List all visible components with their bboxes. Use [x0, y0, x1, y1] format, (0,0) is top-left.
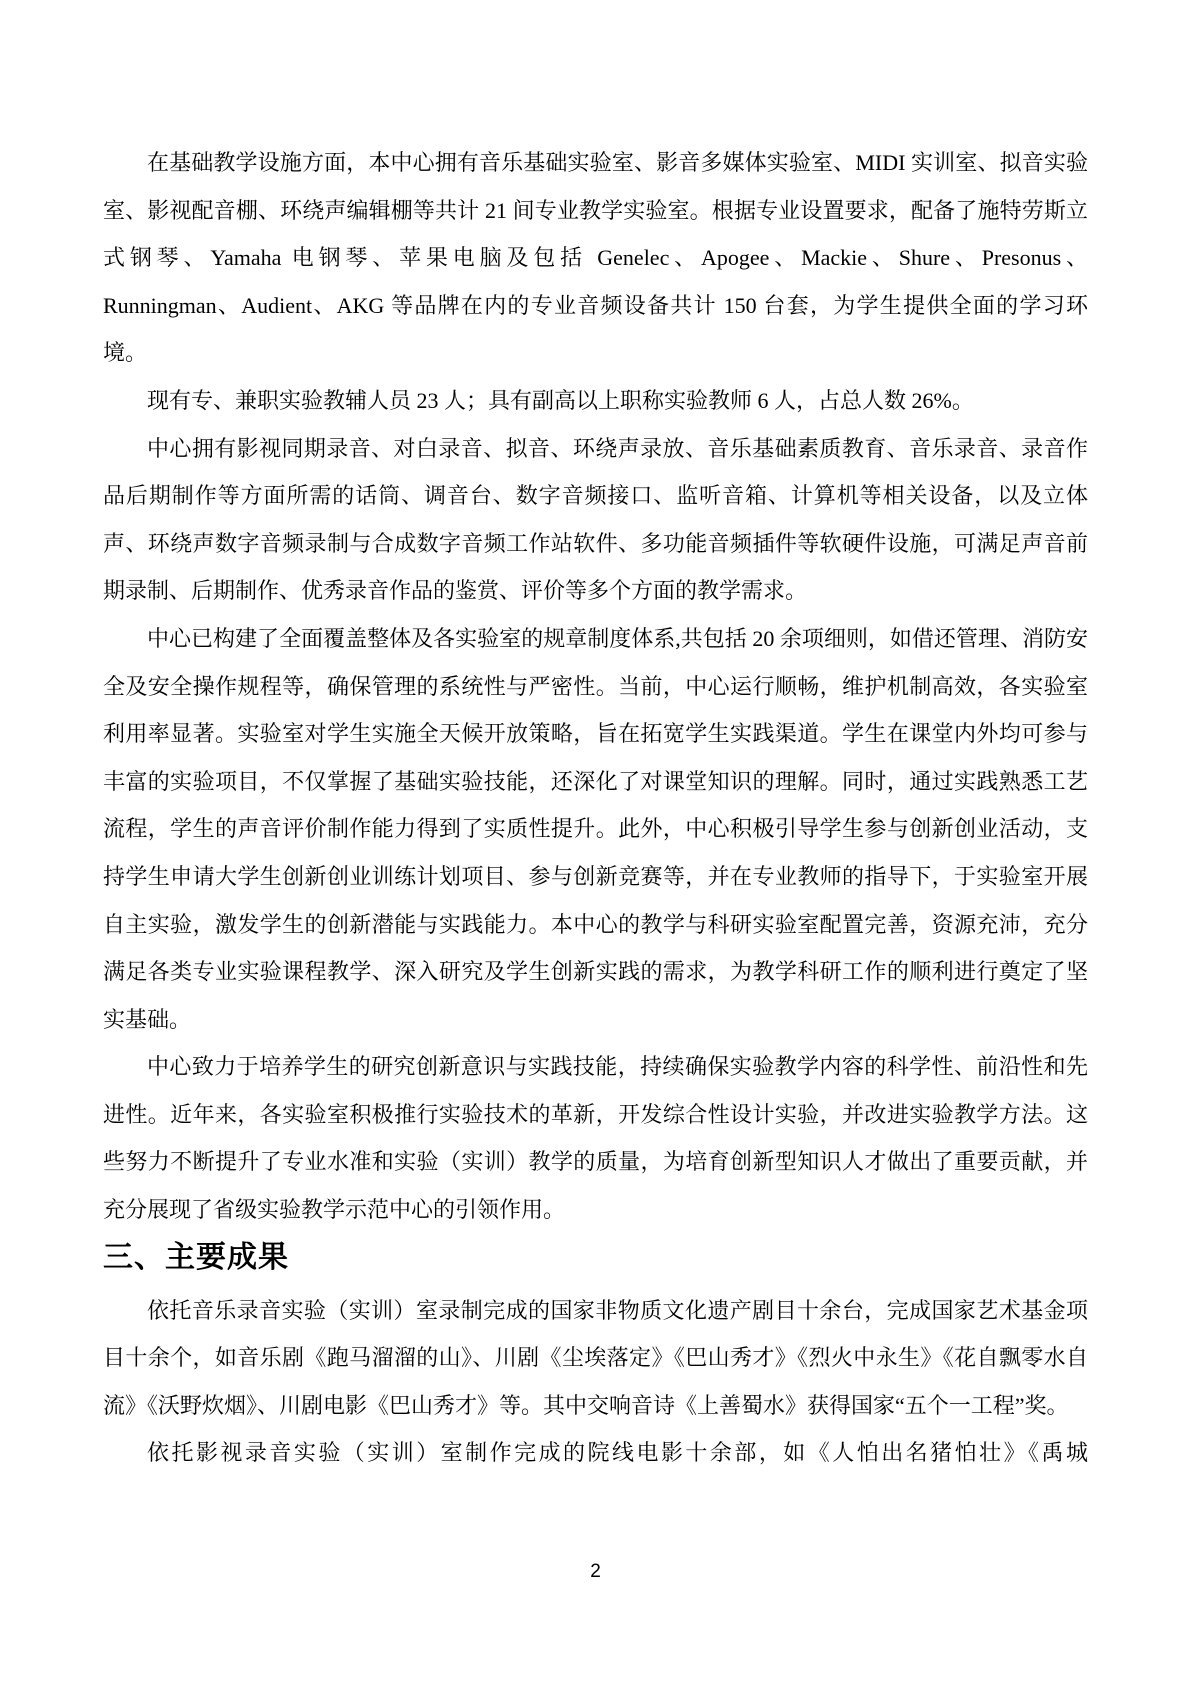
- paragraph-teaching-facilities: 在基础教学设施方面，本中心拥有音乐基础实验室、影音多媒体实验室、MIDI 实训室…: [103, 139, 1088, 377]
- document-page: 在基础教学设施方面，本中心拥有音乐基础实验室、影音多媒体实验室、MIDI 实训室…: [0, 0, 1191, 1684]
- paragraph-equipment-capabilities: 中心拥有影视同期录音、对白录音、拟音、环绕声录放、音乐基础素质教育、音乐录音、录…: [103, 425, 1088, 615]
- paragraph-innovation-training: 中心致力于培养学生的研究创新意识与实践技能，持续确保实验教学内容的科学性、前沿性…: [103, 1043, 1088, 1233]
- paragraph-film-recording-achievements: 依托影视录音实验（实训）室制作完成的院线电影十余部，如《人怕出名猪怕壮》《禹城: [103, 1429, 1088, 1477]
- paragraph-staff-statistics: 现有专、兼职实验教辅人员 23 人；具有副高以上职称实验教师 6 人，占总人数 …: [103, 377, 1088, 425]
- section-heading-main-achievements: 三、主要成果: [103, 1238, 1088, 1278]
- paragraph-management-system: 中心已构建了全面覆盖整体及各实验室的规章制度体系,共包括 20 余项细则，如借还…: [103, 615, 1088, 1043]
- document-body: 在基础教学设施方面，本中心拥有音乐基础实验室、影音多媒体实验室、MIDI 实训室…: [103, 139, 1088, 1477]
- paragraph-music-recording-achievements: 依托音乐录音实验（实训）室录制完成的国家非物质文化遗产剧目十余台，完成国家艺术基…: [103, 1287, 1088, 1430]
- page-number: 2: [0, 1560, 1191, 1584]
